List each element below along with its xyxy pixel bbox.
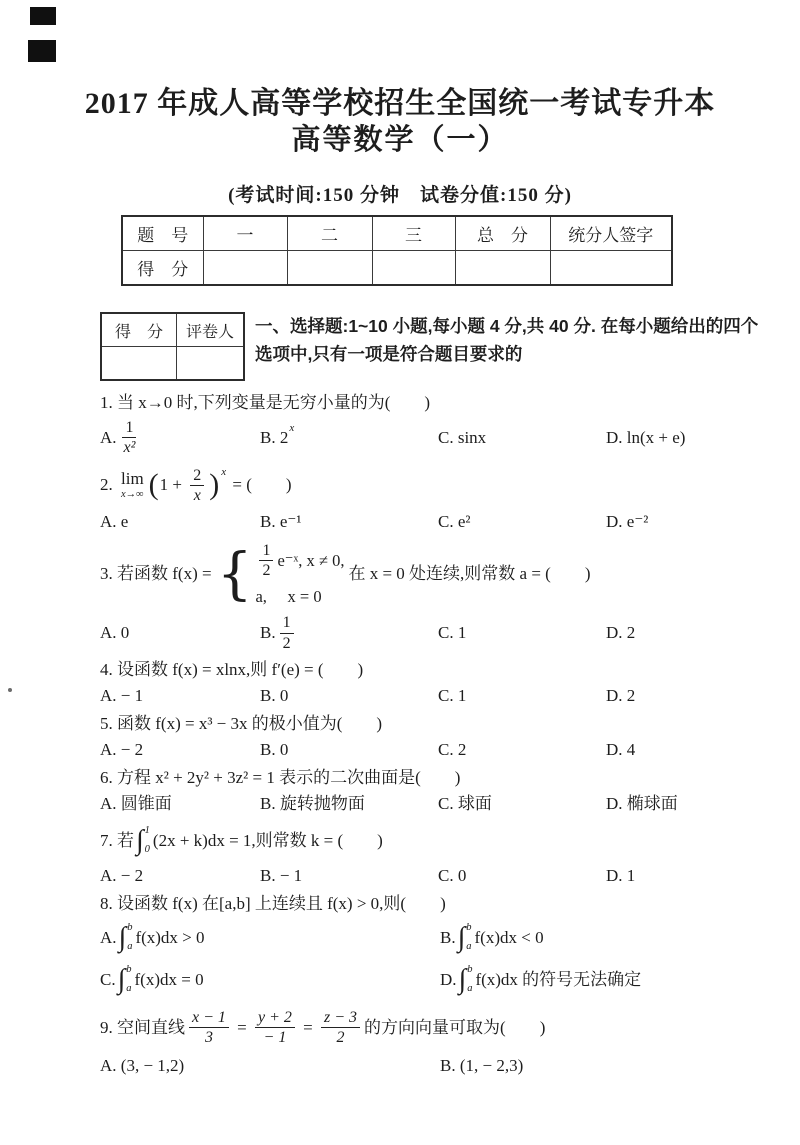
integral-upper-limit: b — [126, 965, 131, 976]
question-6-stem: 6. 方程 x² + 2y² + 3z² = 1 表示的二次曲面是( ) — [100, 766, 760, 790]
question-7-option-a: A. − 2 — [100, 864, 260, 888]
score-table-header-total: 总 分 — [455, 216, 550, 251]
question-5: 5. 函数 f(x) = x³ − 3x 的极小值为( ) A. − 2 B. … — [100, 712, 760, 762]
integral-upper-limit: b — [467, 965, 472, 976]
formula-text: (2x + k)dx = 1,则常数 k = ( ) — [153, 829, 383, 853]
section-1-header-row: 得 分 评卷人 一、选择题:1~10 小题,每小题 4 分,共 40 分. 在每… — [100, 312, 800, 381]
option-text: C. 2 — [438, 738, 466, 762]
option-text: D. 1 — [606, 864, 635, 888]
question-4-stem: 4. 设函数 f(x) = xlnx,则 f′(e) = ( ) — [100, 658, 760, 682]
piecewise-case-1: 1 2 e⁻ˣ, x ≠ 0, — [255, 540, 344, 581]
integral: ∫ 1 0 — [136, 826, 150, 856]
integral-upper-limit: 1 — [145, 826, 150, 837]
question-5-option-b: B. 0 — [260, 738, 438, 762]
formula-text: 3. 若函数 f(x) = — [100, 562, 216, 586]
fraction-denominator: − 1 — [261, 1028, 290, 1047]
right-paren: ) — [209, 470, 219, 500]
question-1-option-b: B. 2 x — [260, 417, 438, 458]
integral-upper-limit: b — [127, 923, 132, 934]
question-9: 9. 空间直线 x − 1 3 = y + 2 − 1 = z − 3 2 的方… — [100, 1004, 760, 1078]
option-text: D. 2 — [606, 621, 635, 645]
fraction-numerator: 1 — [259, 541, 273, 561]
score-cell-signature — [550, 251, 672, 286]
question-3-option-c: C. 1 — [438, 612, 606, 653]
question-3: 3. 若函数 f(x) = { 1 2 e⁻ˣ, x ≠ 0, a, x = 0… — [100, 538, 760, 653]
scan-artifact-mark-top — [30, 7, 56, 25]
fraction: 1 2 — [259, 541, 273, 580]
formula-text: = — [233, 1016, 251, 1040]
fraction: 1 2 — [280, 613, 294, 652]
score-table-header-row: 题 号 一 二 三 总 分 统分人签字 — [122, 216, 672, 251]
question-8-options-row2: C. ∫ b a f(x)dx = 0 D. ∫ — [100, 960, 760, 1000]
question-6-options: A. 圆锥面 B. 旋转抛物面 C. 球面 D. 椭球面 — [100, 792, 760, 816]
fraction-denominator: 2 — [280, 634, 294, 653]
score-row-label: 得 分 — [122, 251, 203, 286]
lim-subscript: x→∞ — [121, 490, 144, 501]
grader-box-score-cell — [101, 347, 177, 381]
question-8-options-row1: A. ∫ b a f(x)dx > 0 B. ∫ — [100, 918, 760, 958]
fraction-numerator: y + 2 — [255, 1008, 295, 1028]
section-heading: 一、选择题:1~10 小题,每小题 4 分,共 40 分. 在每小题给出的四个 … — [255, 312, 767, 369]
option-text: B. 0 — [260, 684, 288, 708]
question-6-option-c: C. 球面 — [438, 792, 606, 816]
question-9-option-a: A. (3, − 1,2) — [100, 1054, 440, 1078]
page-subtitle: 高等数学（一） — [0, 122, 800, 158]
fraction-numerator: 2 — [190, 466, 204, 486]
integral-limits: 1 0 — [145, 826, 150, 856]
score-cell-one — [203, 251, 287, 286]
option-text: B. − 1 — [260, 864, 302, 888]
integral-sign: ∫ — [459, 966, 467, 994]
question-list: 1. 当 x→0 时,下列变量是无穷小量的为( ) A. 1 x² B. 2 x… — [100, 391, 760, 1078]
question-4-option-a: A. − 1 — [100, 684, 260, 708]
question-3-option-b: B. 1 2 — [260, 612, 438, 653]
question-7-option-c: C. 0 — [438, 864, 606, 888]
score-table-header-one: 一 — [203, 216, 287, 251]
left-paren: ( — [149, 470, 159, 500]
option-text: A. 0 — [100, 621, 129, 645]
question-2-option-b: B. e⁻¹ — [260, 510, 438, 534]
question-1-option-d: D. ln(x + e) — [606, 417, 760, 458]
option-text: D. e⁻² — [606, 510, 648, 534]
option-label: A. — [100, 926, 117, 950]
option-text: D. ln(x + e) — [606, 426, 685, 450]
integral: ∫ b a — [119, 923, 133, 953]
fraction-denominator: 2 — [334, 1028, 348, 1047]
question-4-option-b: B. 0 — [260, 684, 438, 708]
option-text: f(x)dx > 0 — [135, 926, 204, 950]
piecewise-case-2: a, x = 0 — [255, 585, 344, 609]
question-6-option-b: B. 旋转抛物面 — [260, 792, 438, 816]
question-1-stem: 1. 当 x→0 时,下列变量是无穷小量的为( ) — [100, 391, 760, 415]
fraction-numerator: 1 — [122, 418, 136, 438]
option-text: C. 0 — [438, 864, 466, 888]
scan-artifact-dot — [8, 688, 12, 692]
option-text: A. − 1 — [100, 684, 143, 708]
option-text: B. (1, − 2,3) — [440, 1054, 523, 1078]
question-9-option-b: B. (1, − 2,3) — [440, 1054, 760, 1078]
integral-lower-limit: a — [127, 942, 132, 953]
option-text: A. e — [100, 510, 128, 534]
fraction-denominator: 3 — [202, 1028, 216, 1047]
fraction-denominator: x — [191, 486, 204, 505]
exam-info: (考试时间:150 分钟 试卷分值:150 分) — [0, 184, 800, 208]
question-3-option-a: A. 0 — [100, 612, 260, 653]
question-4-option-c: C. 1 — [438, 684, 606, 708]
section-heading-line1: 一、选择题:1~10 小题,每小题 4 分,共 40 分. 在每小题给出的四个 — [255, 312, 767, 340]
score-cell-two — [287, 251, 372, 286]
fraction-denominator: x² — [121, 438, 139, 457]
fraction-numerator: x − 1 — [189, 1008, 229, 1028]
question-1: 1. 当 x→0 时,下列变量是无穷小量的为( ) A. 1 x² B. 2 x… — [100, 391, 760, 458]
question-8-option-a: A. ∫ b a f(x)dx > 0 — [100, 918, 440, 958]
option-text: C. sinx — [438, 426, 486, 450]
integral-lower-limit: 0 — [145, 845, 150, 856]
question-9-stem: 9. 空间直线 x − 1 3 = y + 2 − 1 = z − 3 2 的方… — [100, 1004, 760, 1052]
exponent: x — [289, 416, 294, 440]
integral-limits: b a — [127, 923, 132, 953]
option-text: A. 圆锥面 — [100, 792, 172, 816]
option-text: B. 0 — [260, 738, 288, 762]
question-5-option-a: A. − 2 — [100, 738, 260, 762]
option-text: A. (3, − 1,2) — [100, 1054, 184, 1078]
grader-box-score-label: 得 分 — [101, 313, 177, 347]
grader-box-grader-label: 评卷人 — [177, 313, 245, 347]
formula-text: 1 + — [160, 473, 187, 497]
fraction-numerator: 1 — [280, 613, 294, 633]
question-3-stem: 3. 若函数 f(x) = { 1 2 e⁻ˣ, x ≠ 0, a, x = 0… — [100, 538, 760, 610]
integral: ∫ b a — [118, 965, 132, 995]
score-table-header-timu: 题 号 — [122, 216, 203, 251]
option-label: C. — [100, 968, 116, 992]
question-2-options: A. e B. e⁻¹ C. e² D. e⁻² — [100, 510, 760, 534]
question-2-option-d: D. e⁻² — [606, 510, 760, 534]
question-1-options: A. 1 x² B. 2 x C. sinx D. ln(x + e) — [100, 417, 760, 458]
question-7-stem: 7. 若 ∫ 1 0 (2x + k)dx = 1,则常数 k = ( ) — [100, 820, 760, 862]
piecewise-cases: 1 2 e⁻ˣ, x ≠ 0, a, x = 0 — [255, 540, 344, 608]
lim-word: lim — [121, 470, 144, 488]
grader-box: 得 分 评卷人 — [100, 312, 245, 381]
option-text: C. e² — [438, 510, 470, 534]
integral-sign: ∫ — [458, 924, 466, 952]
question-5-option-d: D. 4 — [606, 738, 760, 762]
score-table-score-row: 得 分 — [122, 251, 672, 286]
option-text: A. − 2 — [100, 864, 143, 888]
section-heading-line2: 选项中,只有一项是符合题目要求的 — [255, 340, 767, 368]
option-text: C. 1 — [438, 621, 466, 645]
exam-paper-page: 2017 年成人高等学校招生全国统一考试专升本 高等数学（一） (考试时间:15… — [0, 0, 800, 1145]
integral-sign: ∫ — [118, 966, 126, 994]
question-4: 4. 设函数 f(x) = xlnx,则 f′(e) = ( ) A. − 1 … — [100, 658, 760, 708]
integral: ∫ b a — [458, 923, 472, 953]
question-3-options: A. 0 B. 1 2 C. 1 D. 2 — [100, 612, 760, 653]
score-cell-three — [372, 251, 455, 286]
fraction-numerator: z − 3 — [321, 1008, 360, 1028]
question-2-stem: 2. lim x→∞ ( 1 + 2 x ) x = ( ) — [100, 462, 760, 508]
option-text: C. 1 — [438, 684, 466, 708]
scan-artifact-mark-bottom — [28, 40, 56, 62]
question-4-option-d: D. 2 — [606, 684, 760, 708]
option-text: B. 旋转抛物面 — [260, 792, 365, 816]
integral-limits: b a — [466, 923, 471, 953]
question-number: 2. — [100, 473, 117, 497]
question-8-stem: 8. 设函数 f(x) 在[a,b] 上连续且 f(x) > 0,则( ) — [100, 892, 760, 916]
integral-lower-limit: a — [466, 942, 471, 953]
formula-text: = — [299, 1016, 317, 1040]
formula-text: = ( ) — [228, 473, 291, 497]
question-8: 8. 设函数 f(x) 在[a,b] 上连续且 f(x) > 0,则( ) A.… — [100, 892, 760, 1000]
integral-sign: ∫ — [119, 924, 127, 952]
fraction: 1 x² — [121, 418, 139, 457]
integral-lower-limit: a — [126, 984, 131, 995]
score-cell-total — [455, 251, 550, 286]
option-text: A. − 2 — [100, 738, 143, 762]
page-title: 2017 年成人高等学校招生全国统一考试专升本 — [0, 86, 800, 122]
option-text: D. 2 — [606, 684, 635, 708]
option-text: f(x)dx < 0 — [475, 926, 544, 950]
formula-text: 在 x = 0 处连续,则常数 a = ( ) — [348, 562, 590, 586]
option-label: B. — [440, 926, 456, 950]
fraction: x − 1 3 — [189, 1008, 229, 1047]
question-1-option-a: A. 1 x² — [100, 417, 260, 458]
option-text: D. 4 — [606, 738, 635, 762]
limit-operator: lim x→∞ — [121, 470, 144, 500]
option-text: D. 椭球面 — [606, 792, 678, 816]
question-2: 2. lim x→∞ ( 1 + 2 x ) x = ( ) A. e B. e… — [100, 462, 760, 534]
integral-sign: ∫ — [136, 827, 144, 855]
option-label: A. — [100, 426, 117, 450]
score-table-header-signature: 统分人签字 — [550, 216, 672, 251]
formula-text: 9. 空间直线 — [100, 1016, 185, 1040]
question-2-option-a: A. e — [100, 510, 260, 534]
question-7-option-b: B. − 1 — [260, 864, 438, 888]
fraction: y + 2 − 1 — [255, 1008, 295, 1047]
option-text: f(x)dx = 0 — [135, 968, 204, 992]
grader-box-grader-cell — [177, 347, 245, 381]
exponent: x — [221, 460, 226, 484]
score-table-header-two: 二 — [287, 216, 372, 251]
question-8-option-c: C. ∫ b a f(x)dx = 0 — [100, 960, 440, 1000]
option-text: B. e⁻¹ — [260, 510, 301, 534]
formula-text: 的方向向量可取为( ) — [364, 1016, 545, 1040]
question-6-option-a: A. 圆锥面 — [100, 792, 260, 816]
option-text: C. 球面 — [438, 792, 492, 816]
integral-limits: b a — [467, 965, 472, 995]
piecewise-brace: { — [217, 551, 253, 599]
question-6: 6. 方程 x² + 2y² + 3z² = 1 表示的二次曲面是( ) A. … — [100, 766, 760, 816]
question-8-option-d: D. ∫ b a f(x)dx 的符号无法确定 — [440, 960, 760, 1000]
question-7-options: A. − 2 B. − 1 C. 0 D. 1 — [100, 864, 760, 888]
question-5-options: A. − 2 B. 0 C. 2 D. 4 — [100, 738, 760, 762]
fraction: z − 3 2 — [321, 1008, 360, 1047]
question-4-options: A. − 1 B. 0 C. 1 D. 2 — [100, 684, 760, 708]
score-table: 题 号 一 二 三 总 分 统分人签字 得 分 — [121, 215, 673, 286]
integral-lower-limit: a — [467, 984, 472, 995]
option-label: D. — [440, 968, 457, 992]
question-9-options: A. (3, − 1,2) B. (1, − 2,3) — [100, 1054, 760, 1078]
question-7: 7. 若 ∫ 1 0 (2x + k)dx = 1,则常数 k = ( ) A.… — [100, 820, 760, 888]
question-1-option-c: C. sinx — [438, 417, 606, 458]
question-3-option-d: D. 2 — [606, 612, 760, 653]
question-8-option-b: B. ∫ b a f(x)dx < 0 — [440, 918, 760, 958]
option-text: B. 2 — [260, 426, 288, 450]
fraction-denominator: 2 — [259, 561, 273, 580]
integral: ∫ b a — [459, 965, 473, 995]
integral-limits: b a — [126, 965, 131, 995]
score-table-header-three: 三 — [372, 216, 455, 251]
question-7-option-d: D. 1 — [606, 864, 760, 888]
integral-upper-limit: b — [466, 923, 471, 934]
formula-text: 7. 若 — [100, 829, 134, 853]
question-6-option-d: D. 椭球面 — [606, 792, 760, 816]
question-5-stem: 5. 函数 f(x) = x³ − 3x 的极小值为( ) — [100, 712, 760, 736]
fraction: 2 x — [190, 466, 204, 505]
question-2-option-c: C. e² — [438, 510, 606, 534]
question-5-option-c: C. 2 — [438, 738, 606, 762]
option-label: B. — [260, 621, 276, 645]
case-text: e⁻ˣ, x ≠ 0, — [277, 549, 344, 573]
option-text: f(x)dx 的符号无法确定 — [475, 968, 641, 992]
